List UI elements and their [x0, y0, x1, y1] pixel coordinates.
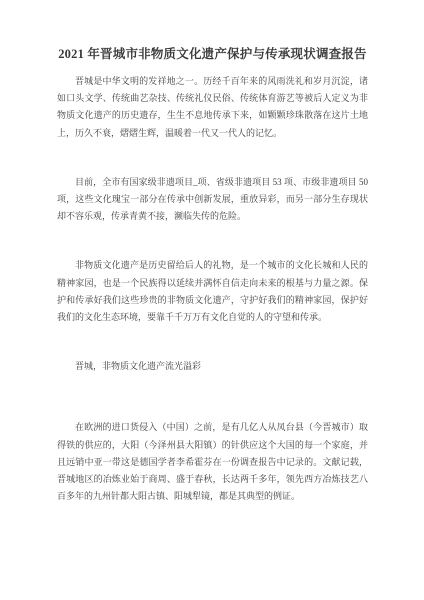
paragraph-heritage-value: 非物质文化遗产是历史留给后人的礼物，是一个城市的文化长城和人民的精神家园，也是一… — [57, 257, 368, 326]
paragraph-statistics: 目前，全市有国家级非遗项目_项、省级非遗项目 53 项、市级非遗项目 50 项，… — [57, 174, 368, 226]
paragraph-history: 在欧洲的进口货侵入（中国）之前，是有几亿人从凤台县（今晋城市）取得铁的供应的，大… — [57, 419, 368, 505]
document-title: 2021 年晋城市非物质文化遗产保护与传承现状调查报告 — [57, 46, 368, 63]
section-heading: 晋城，非物质文化遗产流光溢彩 — [57, 358, 368, 375]
paragraph-intro: 晋城是中华文明的发祥地之一。历经千百年来的风雨洗礼和岁月沉淀，诸如口头文学、传统… — [57, 73, 368, 142]
document-page: 2021 年晋城市非物质文化遗产保护与传承现状调查报告 晋城是中华文明的发祥地之… — [0, 0, 424, 600]
